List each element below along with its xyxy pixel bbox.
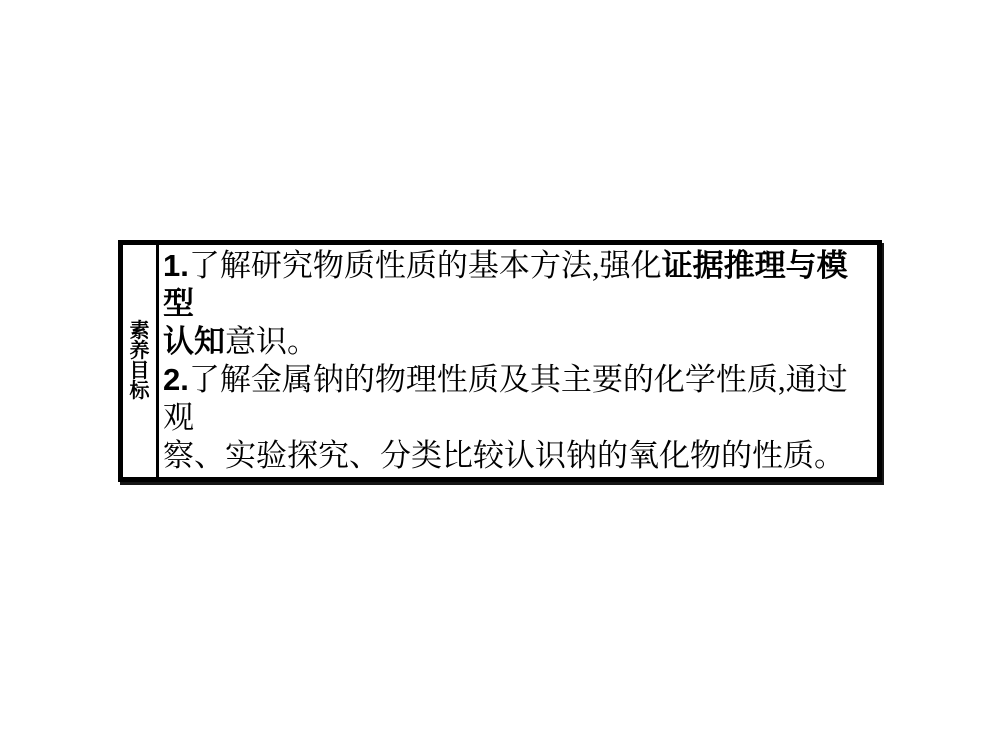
objective-text-bold: 1.	[163, 248, 189, 283]
objective-text: 了解研究物质性质的基本方法,强化	[189, 248, 662, 283]
objective-text-bold: 2.	[163, 362, 189, 397]
objective-point: 1.了解研究物质性质的基本方法,强化证据推理与模型 认知意识。	[163, 247, 875, 361]
objective-text: 了解金属钠的物理性质及其主要的化学性质,通过观 察、实验探究、分类比较认识钠的氧…	[163, 362, 848, 473]
objective-text-bold: 3.	[163, 476, 189, 477]
objectives-content: 1.了解研究物质性质的基本方法,强化证据推理与模型 认知意识。2.了解金属钠的物…	[159, 245, 877, 477]
objective-text: 通过实验进一步熟练药品的取用、加热等基础实验 操作,提升实验探究能力。	[163, 476, 871, 477]
slide-canvas: 素养目标 1.了解研究物质性质的基本方法,强化证据推理与模型 认知意识。2.了解…	[0, 0, 1000, 750]
objective-text: 意识。	[225, 324, 318, 359]
objective-point: 3.通过实验进一步熟练药品的取用、加热等基础实验 操作,提升实验探究能力。	[163, 475, 875, 477]
objectives-label: 素养目标	[129, 321, 150, 401]
objectives-box: 素养目标 1.了解研究物质性质的基本方法,强化证据推理与模型 认知意识。2.了解…	[118, 240, 882, 482]
objectives-label-column: 素养目标	[123, 245, 159, 477]
objective-point: 2.了解金属钠的物理性质及其主要的化学性质,通过观 察、实验探究、分类比较认识钠…	[163, 361, 875, 475]
